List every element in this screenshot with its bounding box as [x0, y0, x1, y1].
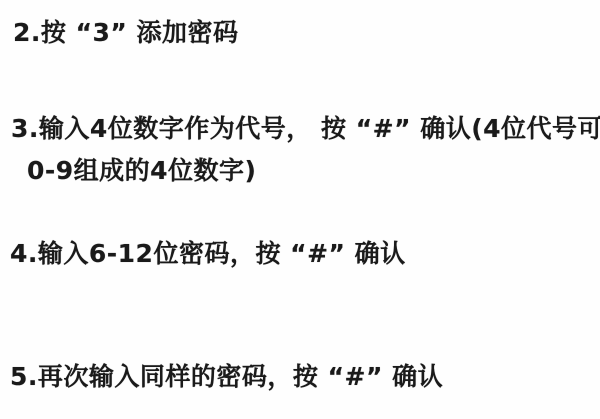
instruction-step-3: 3.输入4位数字作为代号， 按 “#” 确认(4位代号可由: [11, 114, 600, 144]
instruction-step-4: 4.输入6-12位密码，按 “#” 确认: [10, 239, 406, 269]
instruction-step-3-continuation: 0-9组成的4位数字): [27, 156, 257, 186]
instruction-document: 2.按 “3” 添加密码 3.输入4位数字作为代号， 按 “#” 确认(4位代号…: [0, 0, 600, 419]
instruction-step-2: 2.按 “3” 添加密码: [13, 18, 239, 48]
instruction-step-5: 5.再次输入同样的密码，按 “#” 确认: [10, 362, 443, 392]
